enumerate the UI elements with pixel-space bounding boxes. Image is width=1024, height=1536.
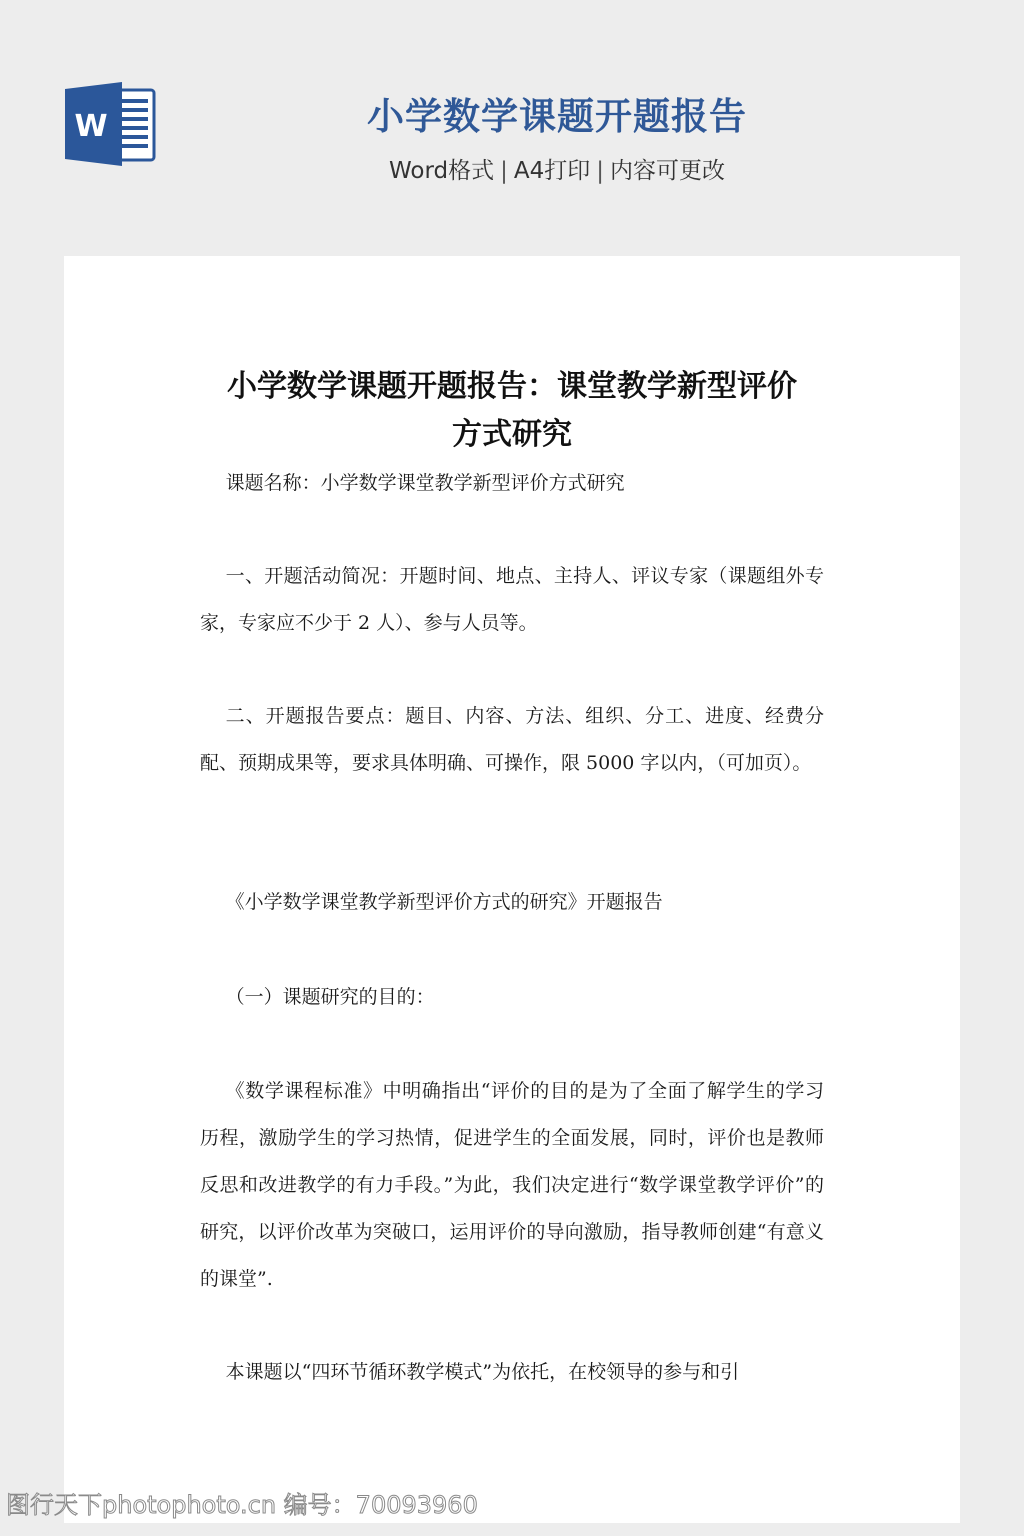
subtitle-print: A4打印	[514, 158, 590, 184]
document-title-line-2: 方式研究	[200, 411, 824, 459]
watermark-text: 图行天下photophoto.cn 编号：70093960	[6, 1490, 478, 1520]
paragraph-report-title: 《小学数学课堂教学新型评价方式的研究》开题报告	[200, 879, 824, 926]
paragraph-topic-name: 课题名称：小学数学课堂教学新型评价方式研究	[200, 460, 824, 507]
subtitle-separator: |	[596, 154, 604, 188]
paragraph-purpose-body: 《数学课程标准》中明确指出“评价的目的是为了全面了解学生的学习历程，激励学生的学…	[200, 1068, 824, 1303]
document-title: 小学数学课题开题报告：课堂教学新型评价 方式研究	[200, 363, 824, 459]
word-document-icon: W	[65, 82, 157, 166]
paragraph-subsection-purpose: （一）课题研究的目的：	[200, 974, 824, 1021]
paragraph-section-2: 二、开题报告要点：题目、内容、方法、组织、分工、进度、经费分配、预期成果等，要求…	[200, 693, 824, 787]
word-icon-letter: W	[74, 109, 107, 144]
document-title-line-1: 小学数学课题开题报告：课堂教学新型评价	[200, 363, 824, 411]
subtitle-separator: |	[500, 154, 508, 188]
subtitle-format: Word格式	[389, 158, 494, 184]
document-page: 小学数学课题开题报告：课堂教学新型评价 方式研究 课题名称：小学数学课堂教学新型…	[64, 256, 960, 1523]
subtitle-editable: 内容可更改	[610, 158, 725, 184]
header-title: 小学数学课题开题报告	[300, 94, 814, 140]
paragraph-topic-basis: 本课题以“四环节循环教学模式”为依托，在校领导的参与和引	[200, 1349, 824, 1396]
header-subtitle: Word格式|A4打印|内容可更改	[300, 154, 814, 188]
paragraph-section-1: 一、开题活动简况：开题时间、地点、主持人、评议专家（课题组外专家，专家应不少于 …	[200, 553, 824, 647]
